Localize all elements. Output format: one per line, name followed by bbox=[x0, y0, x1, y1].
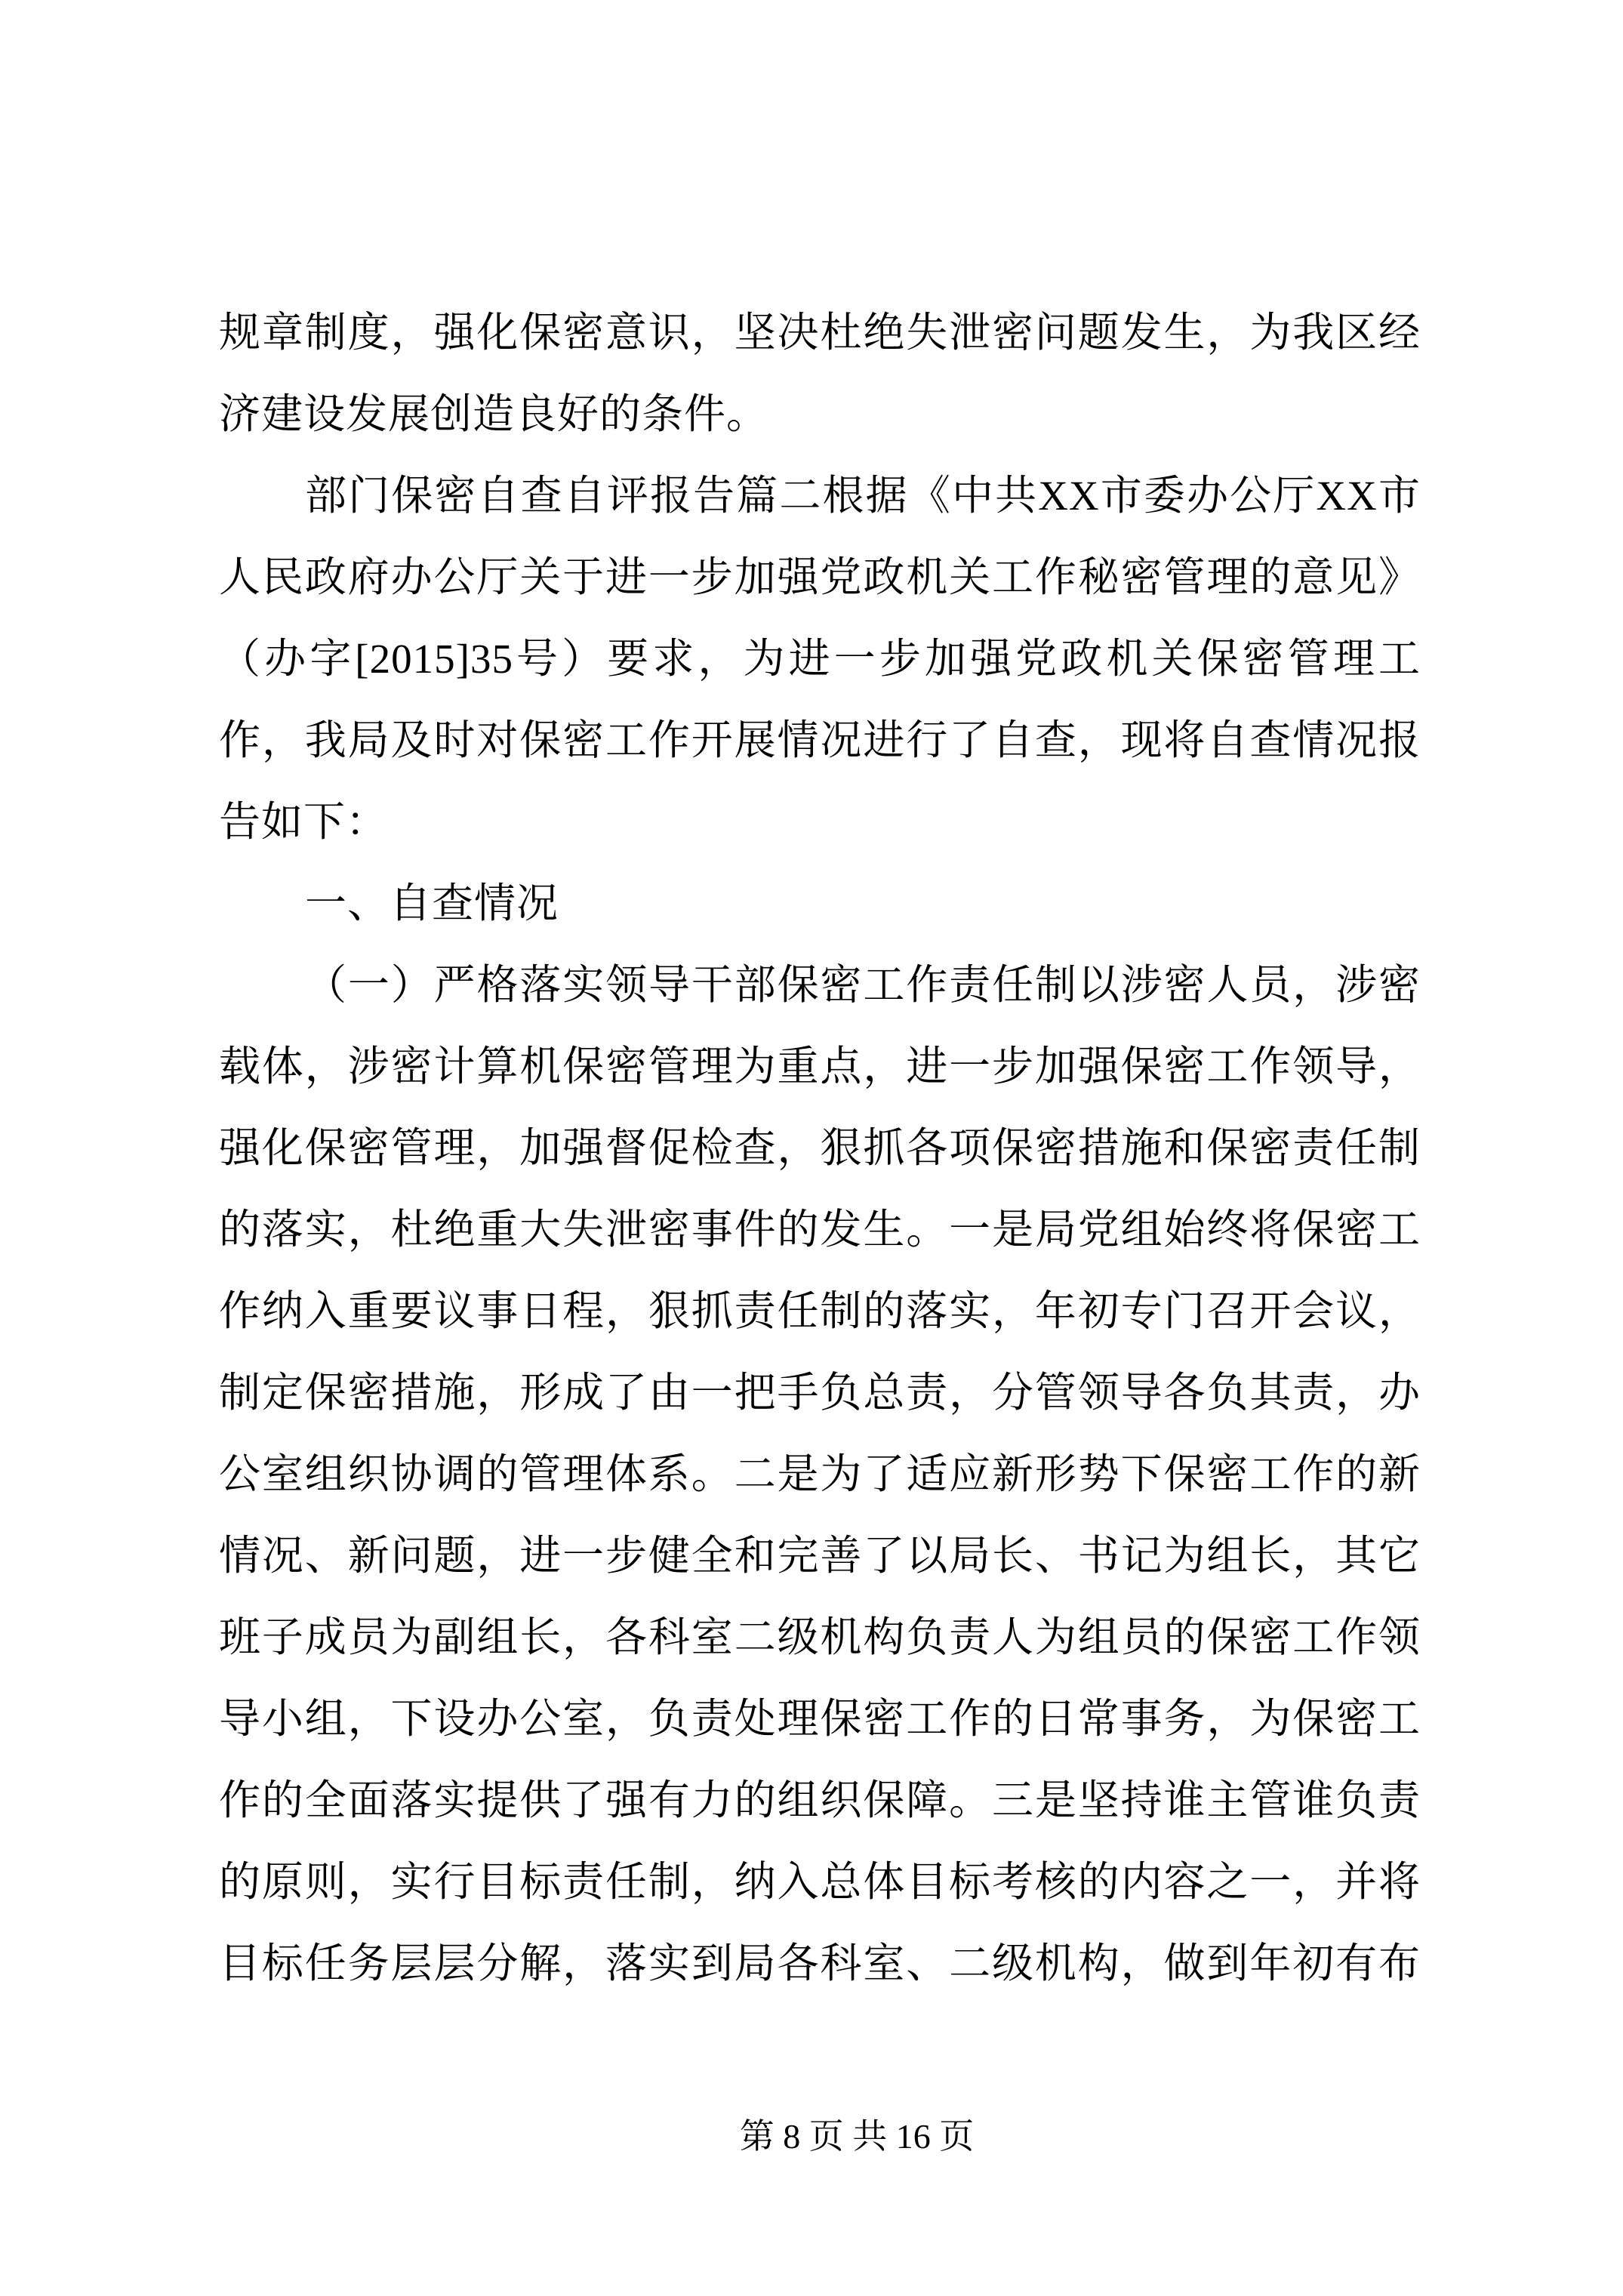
text-line: （办字[2015]35号）要求，为进一步加强党政机关保密管理工 bbox=[219, 618, 1421, 700]
text-line: 部门保密自查自评报告篇二根据《中共XX市委办公厅XX市 bbox=[219, 455, 1421, 537]
text-line: 作的全面落实提供了强有力的组织保障。三是坚持谁主管谁负责 bbox=[219, 1760, 1421, 1841]
text-line: 班子成员为副组长，各科室二级机构负责人为组员的保密工作领 bbox=[219, 1597, 1421, 1678]
text-line: （一）严格落实领导干部保密工作责任制以涉密人员，涉密 bbox=[219, 945, 1421, 1026]
text-line: 的落实，杜绝重大失泄密事件的发生。一是局党组始终将保密工 bbox=[219, 1189, 1421, 1271]
paragraph: （一）严格落实领导干部保密工作责任制以涉密人员，涉密 载体，涉密计算机保密管理为… bbox=[219, 945, 1421, 2005]
text-line: 制定保密措施，形成了由一把手负总责，分管领导各负其责，办 bbox=[219, 1352, 1421, 1434]
text-line: 导小组，下设办公室，负责处理保密工作的日常事务，为保密工 bbox=[219, 1678, 1421, 1760]
text-line: 作，我局及时对保密工作开展情况进行了自查，现将自查情况报 bbox=[219, 700, 1421, 781]
text-line: 目标任务层层分解，落实到局各科室、二级机构，做到年初有布 bbox=[219, 1923, 1421, 2005]
paragraph-heading: 一、自查情况 bbox=[219, 863, 1421, 945]
text-line: 的原则，实行目标责任制，纳入总体目标考核的内容之一，并将 bbox=[219, 1841, 1421, 1923]
section-heading-line: 一、自查情况 bbox=[219, 863, 1421, 945]
text-line: 告如下： bbox=[219, 781, 1421, 863]
text-line: 济建设发展创造良好的条件。 bbox=[219, 374, 1421, 455]
paragraph: 规章制度，强化保密意识，坚决杜绝失泄密问题发生，为我区经 济建设发展创造良好的条… bbox=[219, 292, 1421, 455]
text-line: 作纳入重要议事日程，狠抓责任制的落实，年初专门召开会议， bbox=[219, 1271, 1421, 1352]
text-line: 强化保密管理，加强督促检查，狠抓各项保密措施和保密责任制 bbox=[219, 1108, 1421, 1189]
text-line: 规章制度，强化保密意识，坚决杜绝失泄密问题发生，为我区经 bbox=[219, 292, 1421, 374]
page-body-text: 规章制度，强化保密意识，坚决杜绝失泄密问题发生，为我区经 济建设发展创造良好的条… bbox=[219, 292, 1421, 2005]
document-page: 规章制度，强化保密意识，坚决杜绝失泄密问题发生，为我区经 济建设发展创造良好的条… bbox=[0, 0, 1623, 2296]
text-line: 公室组织协调的管理体系。二是为了适应新形势下保密工作的新 bbox=[219, 1434, 1421, 1515]
text-line: 载体，涉密计算机保密管理为重点，进一步加强保密工作领导， bbox=[219, 1026, 1421, 1108]
text-line: 情况、新问题，进一步健全和完善了以局长、书记为组长，其它 bbox=[219, 1515, 1421, 1597]
text-line: 人民政府办公厅关于进一步加强党政机关工作秘密管理的意见》 bbox=[219, 537, 1421, 618]
paragraph: 部门保密自查自评报告篇二根据《中共XX市委办公厅XX市 人民政府办公厅关于进一步… bbox=[219, 455, 1421, 863]
page-footer: 第 8 页 共 16 页 bbox=[45, 2113, 1623, 2161]
